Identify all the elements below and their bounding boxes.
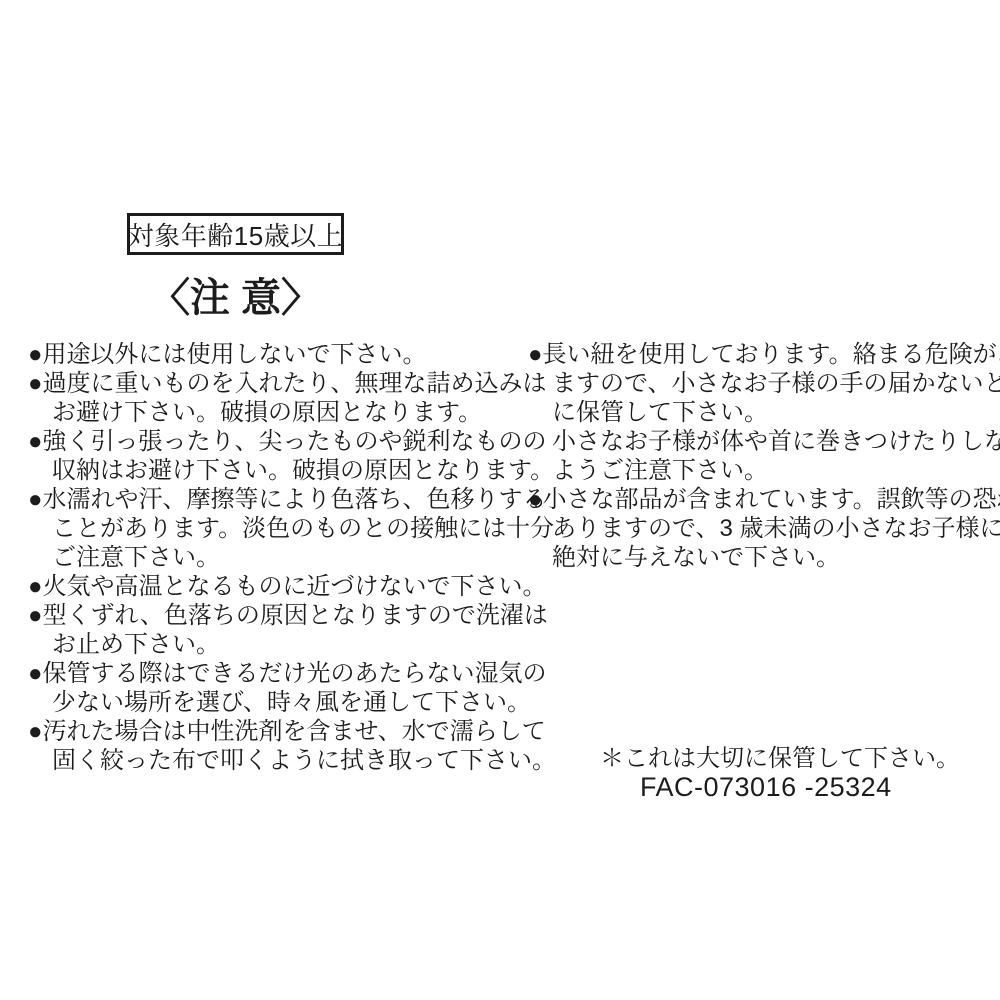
warning-line: ことがあります。淡色のものとの接触には十分 xyxy=(28,514,508,543)
warning-line: に保管して下さい。 xyxy=(528,398,998,427)
caution-label-page: 対象年齢15歳以上 〈注 意〉 ●用途以外には使用しないで下さい。 ●過度に重い… xyxy=(0,0,1000,1000)
warning-line: ●型くずれ、色落ちの原因となりますので洗濯は xyxy=(28,601,508,630)
warning-line: 収納はお避け下さい。破損の原因となります。 xyxy=(28,456,508,485)
warning-line: ご注意下さい。 xyxy=(28,543,508,572)
warning-line: お避け下さい。破損の原因となります。 xyxy=(28,398,508,427)
warning-line: 絶対に与えないで下さい。 xyxy=(528,543,998,572)
warning-line: 少ない場所を選び、時々風を通して下さい。 xyxy=(28,688,508,717)
warning-line: ますので、小さなお子様の手の届かないところ xyxy=(528,369,998,398)
warning-line: 固く絞った布で叩くように拭き取って下さい。 xyxy=(28,746,508,775)
page-title: 〈注 意〉 xyxy=(117,266,354,323)
warning-line: ●強く引っ張ったり、尖ったものや鋭利なものの xyxy=(28,427,508,456)
warning-line: ●過度に重いものを入れたり、無理な詰め込みは xyxy=(28,369,508,398)
warning-line: お止め下さい。 xyxy=(28,630,508,659)
warning-line: ●汚れた場合は中性洗剤を含ませ、水で濡らして xyxy=(28,717,508,746)
warning-line: ●水濡れや汗、摩擦等により色落ち、色移りする xyxy=(28,485,508,514)
warnings-column-right: ●長い紐を使用しております。絡まる危険があり ますので、小さなお子様の手の届かな… xyxy=(528,340,998,572)
product-code: FAC-073016 -25324 xyxy=(640,772,892,803)
warning-line: ●長い紐を使用しております。絡まる危険があり xyxy=(528,340,998,369)
warning-line: ようご注意下さい。 xyxy=(528,456,998,485)
warning-line: ●用途以外には使用しないで下さい。 xyxy=(28,340,508,369)
age-restriction-box: 対象年齢15歳以上 xyxy=(127,213,344,255)
age-restriction-label: 対象年齢15歳以上 xyxy=(128,216,343,253)
warning-line: ありますので、3 歳未満の小さなお子様には xyxy=(528,514,998,543)
warning-line: ●小さな部品が含まれています。誤飲等の恐れが xyxy=(528,485,998,514)
warning-line: 小さなお子様が体や首に巻きつけたりしない xyxy=(528,427,998,456)
warning-line: ●保管する際はできるだけ光のあたらない湿気の xyxy=(28,659,508,688)
warning-line: ●火気や高温となるものに近づけないで下さい。 xyxy=(28,572,508,601)
keep-this-note: ＊これは大切に保管して下さい。 xyxy=(600,738,960,773)
warnings-column-left: ●用途以外には使用しないで下さい。 ●過度に重いものを入れたり、無理な詰め込みは… xyxy=(28,340,508,775)
